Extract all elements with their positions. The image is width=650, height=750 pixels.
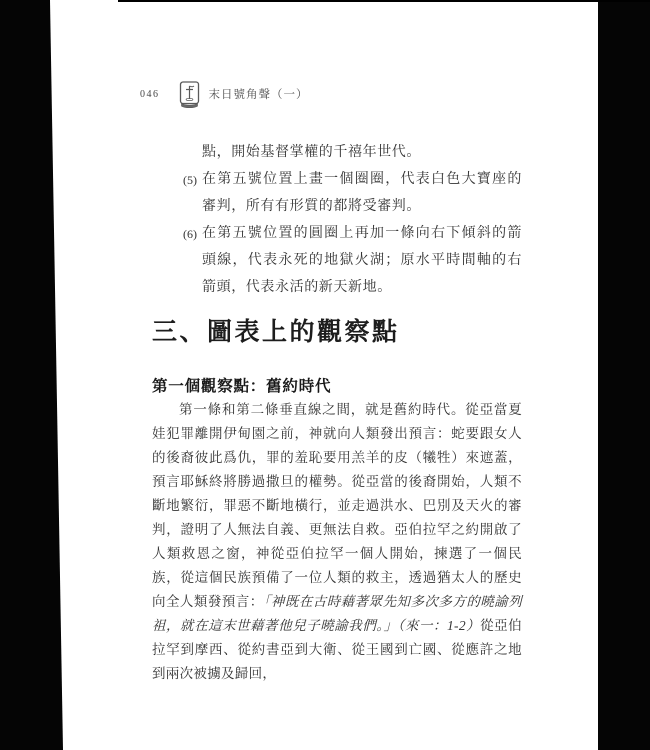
list-item-6-text: 在第五號位置的圓圈上再加一條向右下傾斜的箭頭線，代表永死的地獄火湖；原水平時間軸… bbox=[202, 226, 522, 295]
scripture-reference: （來一：1-2） bbox=[398, 618, 480, 633]
subsection-heading: 第一個觀察點：舊約時代 bbox=[152, 374, 331, 396]
page-number: 046 bbox=[140, 89, 160, 100]
list-item-4-continuation: 點，開始基督掌權的千禧年世代。 bbox=[185, 139, 522, 166]
body-paragraph: 第一條和第二條垂直線之間，就是舊約時代。從亞當夏娃犯罪離開伊甸園之前，神就向人類… bbox=[152, 398, 522, 686]
numbered-list: 點，開始基督掌權的千禧年世代。 (5)在第五號位置上畫一個圈圈，代表白色大寶座的… bbox=[185, 139, 522, 301]
scanned-book-page: 046 末日號角聲（一） 點，開始基督掌權的千禧年世代。 (5)在第五號位置上畫… bbox=[0, 0, 650, 750]
list-item-6-marker: (6) bbox=[183, 221, 197, 248]
running-title: 末日號角聲（一） bbox=[209, 86, 309, 102]
paragraph-text-1: 第一條和第二條垂直線之間，就是舊約時代。從亞當夏娃犯罪離開伊甸園之前，神就向人類… bbox=[152, 402, 522, 609]
scan-edge-top bbox=[118, 0, 650, 2]
list-item-5-marker: (5) bbox=[183, 167, 197, 194]
section-heading: 三、圖表上的觀察點 bbox=[152, 312, 400, 348]
running-header: 046 末日號角聲（一） bbox=[140, 80, 309, 108]
list-item-5: (5)在第五號位置上畫一個圈圈，代表白色大寶座的審判，所有有形質的都將受審判。 bbox=[185, 166, 522, 220]
list-item-5-text: 在第五號位置上畫一個圈圈，代表白色大寶座的審判，所有有形質的都將受審判。 bbox=[202, 172, 522, 214]
book-with-cross-icon bbox=[178, 81, 201, 108]
list-item-6: (6)在第五號位置的圓圈上再加一條向右下傾斜的箭頭線，代表永死的地獄火湖；原水平… bbox=[185, 220, 522, 301]
